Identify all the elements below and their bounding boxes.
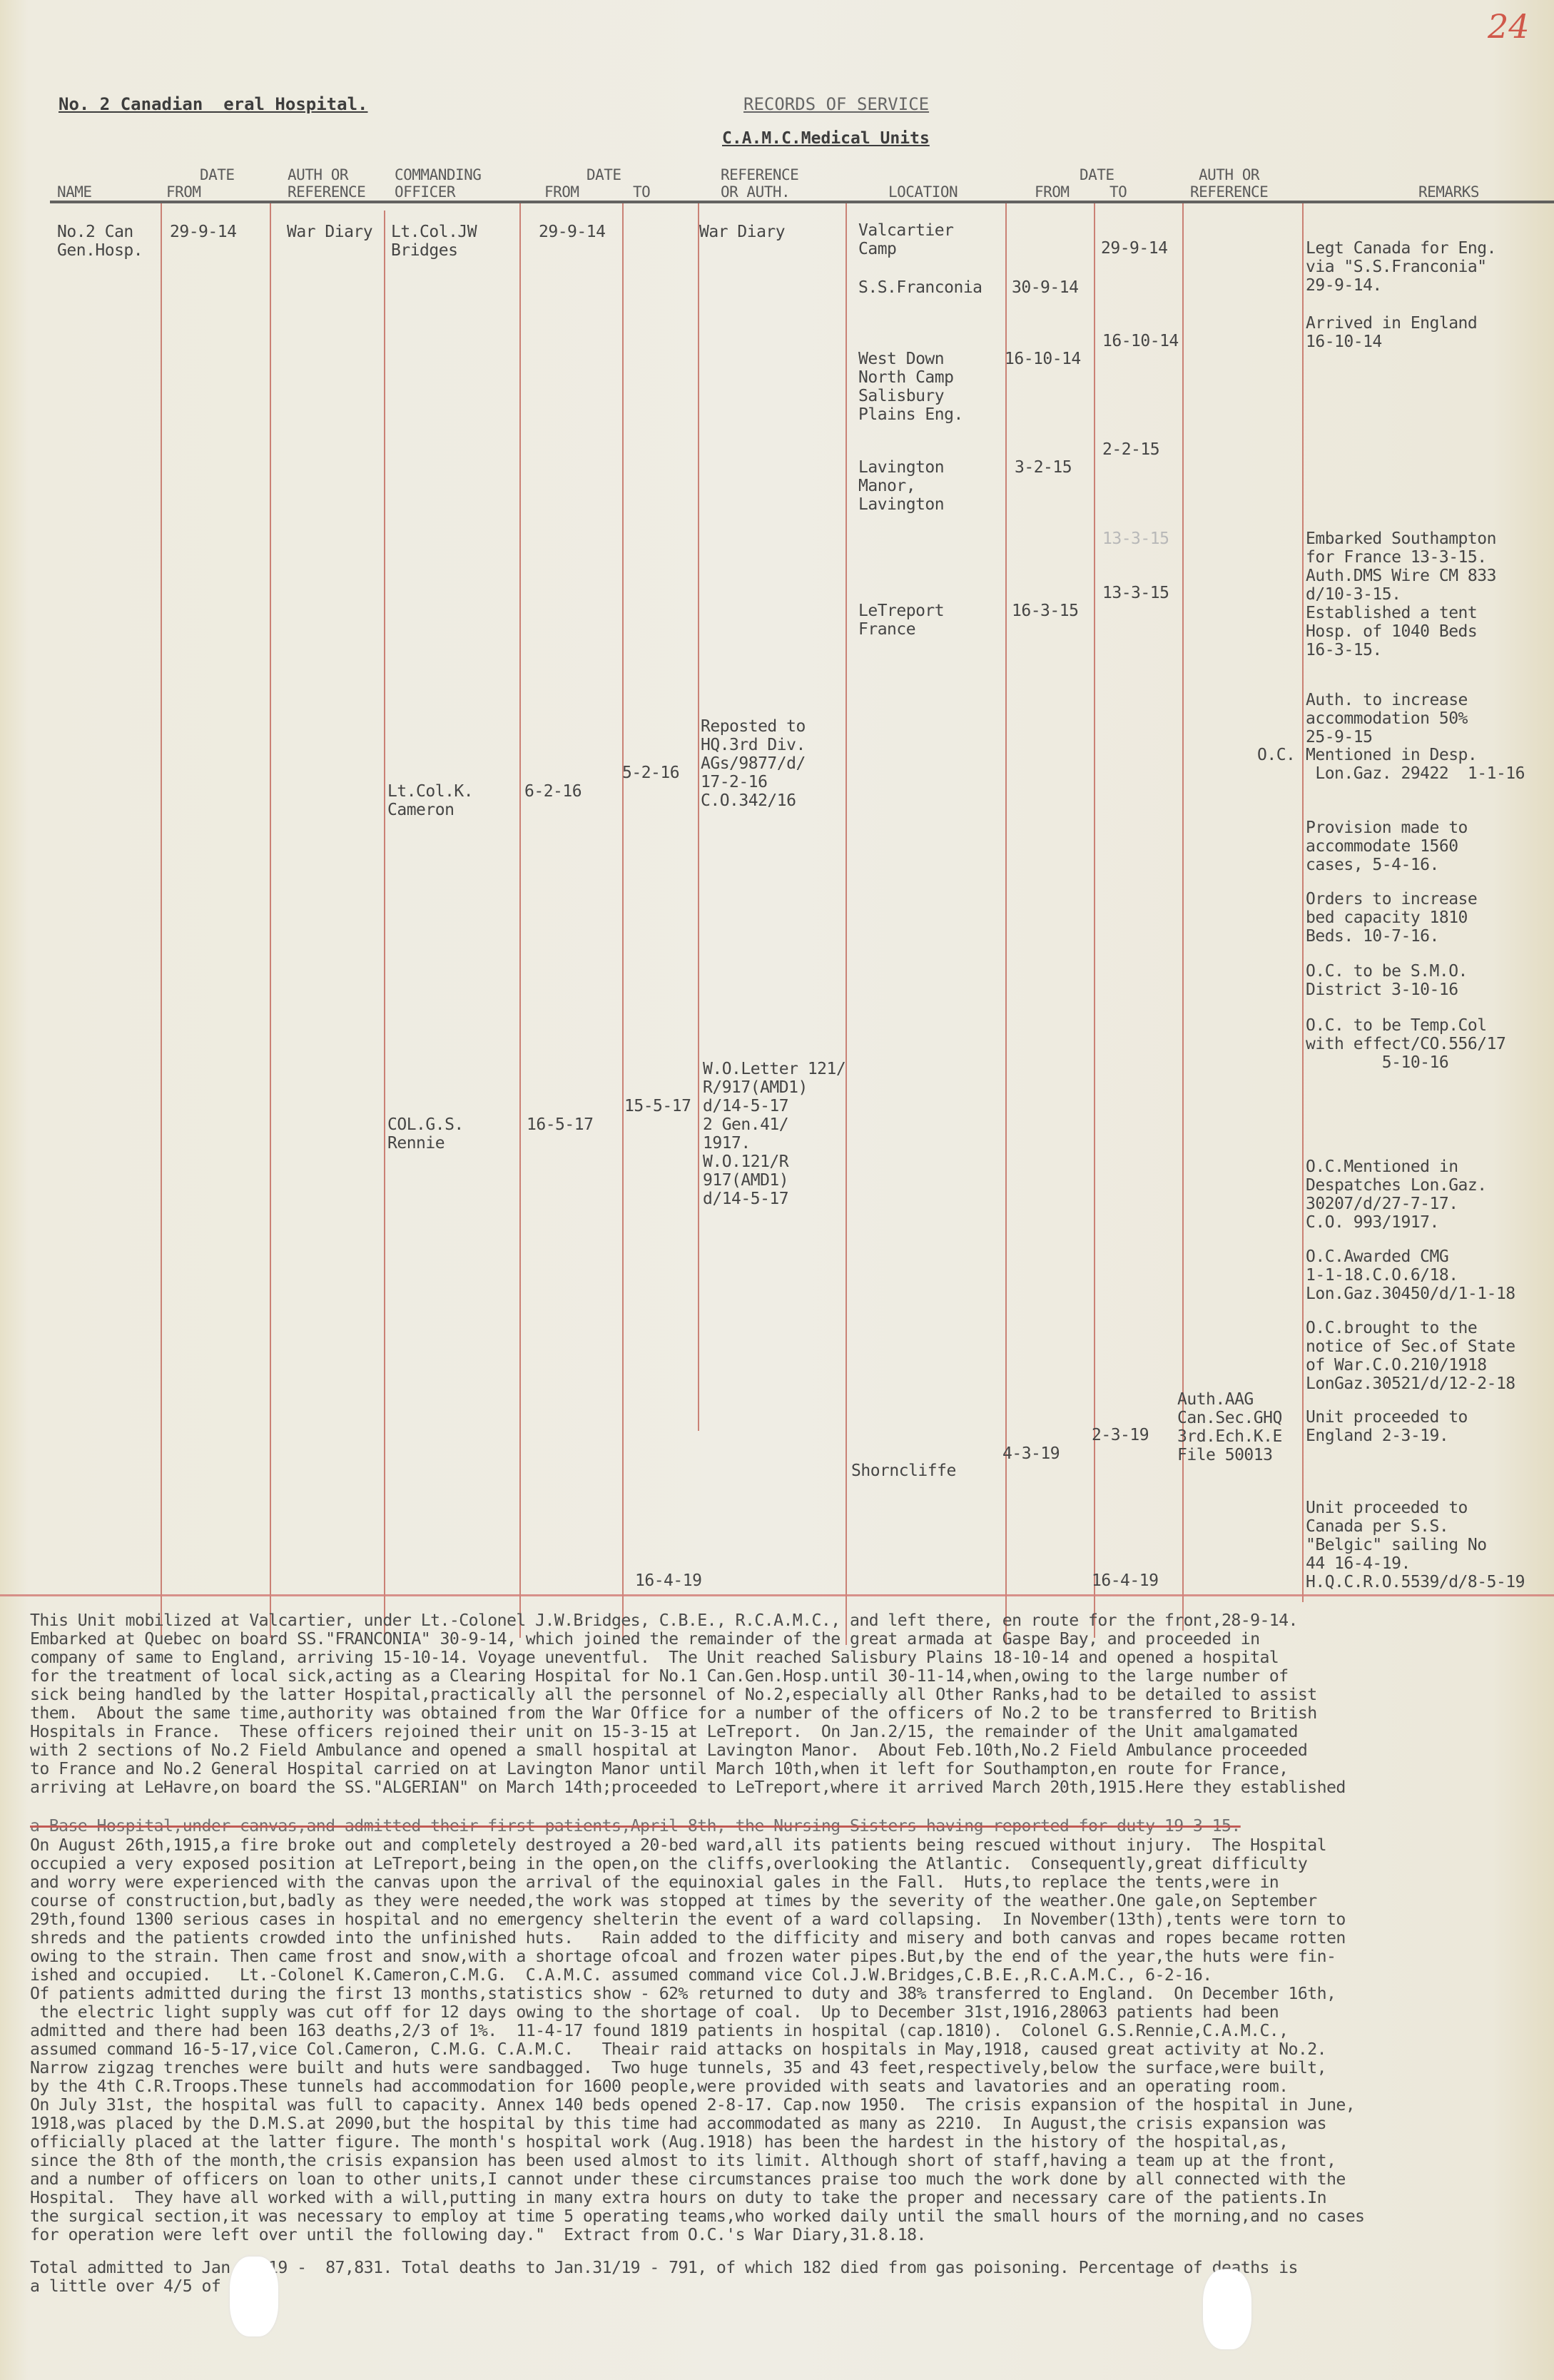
narrative-paragraph-1: This Unit mobilized at Valcartier, under… [30,1611,1346,1797]
remark: Embarked Southampton for France 13-3-15.… [1306,530,1496,659]
col-co-from: FROM [544,183,579,201]
unit-date-from: 29-9-14 [170,223,236,241]
header-rule [50,201,1554,203]
grid-line [698,203,699,1431]
location-from: 16-10-14 [1005,350,1081,368]
grid-line [1302,203,1304,1602]
location-name: Shorncliffe [851,1462,956,1480]
grid-line [270,203,271,1638]
col-date-group: DATE [200,166,235,183]
remark-oc-prefix: O.C. [1257,746,1295,764]
col-location: LOCATION [888,183,958,201]
location-name: Lavington Manor, Lavington [858,458,944,514]
col-loc-date: DATE [1080,166,1114,183]
location-from: 16-3-15 [1012,602,1078,620]
co-name: Lt.Col.JW Bridges [391,223,477,260]
location-from: 3-2-15 [1015,458,1072,477]
location-from: 30-9-14 [1012,278,1078,297]
remark: Mentioned in Desp. Lon.Gaz. 29422 1-1-16 [1306,746,1525,783]
record-subtitle: C.A.M.C.Medical Units [722,129,930,148]
remark: O.C.Awarded CMG 1-1-18.C.O.6/18. Lon.Gaz… [1306,1247,1515,1303]
col-ref-auth-b: OR AUTH. [721,183,790,201]
unit-auth-ref: War Diary [287,223,372,241]
location-name: LeTreport France [858,602,944,639]
grid-line [1005,203,1007,1645]
co-name: Lt.Col.K. Cameron [387,782,473,819]
location-name: West Down North Camp Salisbury Plains En… [858,350,963,424]
remark: O.C.Mentioned in Despatches Lon.Gaz. 302… [1306,1158,1487,1232]
co-ref: War Diary [699,223,785,241]
grid-line [161,203,162,1638]
co-ref: Reposted to HQ.3rd Div. AGs/9877/d/ 17-2… [701,717,806,810]
col-auth-ref2-a: AUTH OR [1199,166,1259,183]
location-to: 16-10-14 [1102,332,1179,350]
co-from: 16-5-17 [527,1115,593,1134]
location-name: S.S.Franconia [858,278,982,297]
co-to: 16-4-19 [635,1571,701,1590]
remark: Legt Canada for Eng. via "S.S.Franconia"… [1306,239,1496,295]
unit-name: No.2 Can Gen.Hosp. [57,223,143,260]
location-to-faint: 13-3-15 [1102,530,1169,548]
table-bottom-rule [0,1594,1554,1596]
col-name: NAME [57,183,92,201]
co-to: 15-5-17 [624,1097,691,1115]
remark: Auth. to increase accommodation 50% 25-9… [1306,691,1468,746]
location-to: 2-3-19 [1092,1426,1149,1444]
location-ref: Auth.AAG Can.Sec.GHQ 3rd.Ech.K.E File 50… [1177,1390,1282,1464]
remark: O.C. to be Temp.Col with effect/CO.556/1… [1306,1016,1505,1072]
col-loc-to: TO [1109,183,1127,201]
narrative-totals: Total admitted to Jan.31/19 - 87,831. To… [30,2259,1298,2296]
narrative-paragraph-2: On August 26th,1915,a fire broke out and… [30,1836,1364,2244]
unit-title: No. 2 Canadian eral Hospital. [59,94,367,114]
location-to: 2-2-15 [1102,440,1159,459]
remark: Unit proceeded to Canada per S.S. "Belgi… [1306,1499,1525,1591]
col-co-date: DATE [586,166,621,183]
remark: O.C. to be S.M.O. District 3-10-16 [1306,962,1468,999]
col-remarks: REMARKS [1418,183,1479,201]
col-ref-auth-a: REFERENCE [721,166,798,183]
record-title: RECORDS OF SERVICE [743,94,929,114]
col-loc-from: FROM [1035,183,1070,201]
location-name: Valcartier Camp [858,221,953,258]
page-number: 24 [1488,7,1530,46]
co-name: COL.G.S. Rennie [387,1115,464,1153]
col-co-b: OFFICER [395,183,455,201]
col-date-from: FROM [166,183,201,201]
grid-line [384,211,385,1638]
location-to: 16-4-19 [1092,1571,1158,1590]
co-from: 29-9-14 [539,223,605,241]
grid-line [519,203,521,1638]
remark: Arrived in England 16-10-14 [1306,314,1477,351]
remark: Orders to increase bed capacity 1810 Bed… [1306,890,1477,946]
co-to: 5-2-16 [622,764,679,782]
co-ref: W.O.Letter 121/ R/917(AMD1) d/14-5-17 2 … [703,1060,845,1208]
punch-hole [1203,2269,1251,2349]
grid-line [845,203,847,1645]
punch-hole [230,2257,278,2336]
remark: O.C.brought to the notice of Sec.of Stat… [1306,1319,1515,1393]
location-to: 29-9-14 [1101,239,1167,258]
col-co-to: TO [633,183,650,201]
location-from: 4-3-19 [1002,1444,1060,1463]
narrative-struck-line: a Base Hospital,under canvas,and admitte… [30,1817,1241,1835]
col-co-a: COMMANDING [395,166,481,183]
col-auth-ref2-b: REFERENCE [1190,183,1268,201]
remark: Unit proceeded to England 2-3-19. [1306,1408,1468,1445]
remark: Provision made to accommodate 1560 cases… [1306,819,1468,874]
grid-line [1094,203,1095,1638]
col-auth-ref-b: REFERENCE [288,183,365,201]
col-auth-ref-a: AUTH OR [288,166,348,183]
grid-line [622,203,624,1638]
co-from: 6-2-16 [524,782,582,801]
location-to: 13-3-15 [1102,584,1169,602]
